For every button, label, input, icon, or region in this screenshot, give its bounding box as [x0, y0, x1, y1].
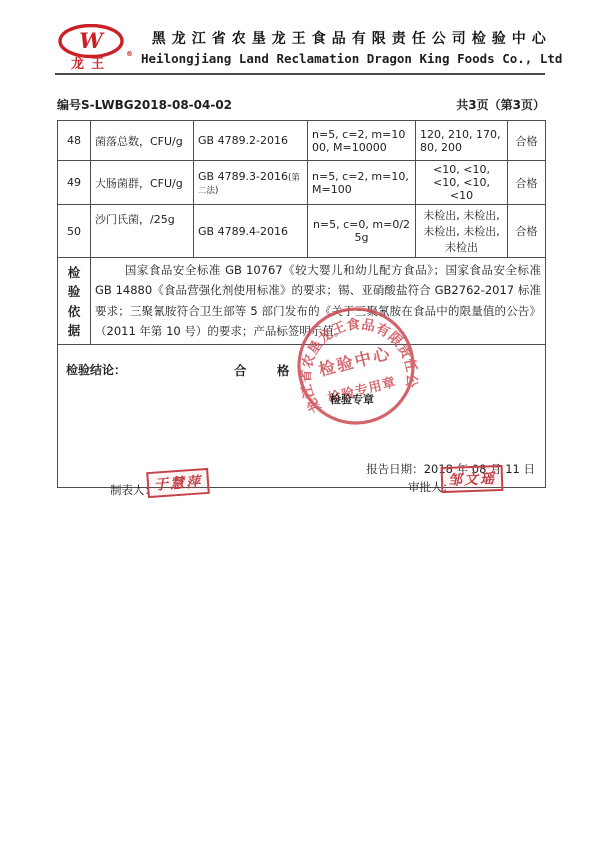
test-result: 未检出, 未检出, 未检出, 未检出, 未检出 — [416, 205, 508, 258]
verdict: 合格 — [508, 161, 546, 205]
svg-text:龙王: 龙王 — [71, 56, 111, 70]
test-method: GB 4789.3-2016(第二法) — [194, 161, 308, 205]
table-row: 48 菌落总数，CFU/g GB 4789.2-2016 n=5, c=2, m… — [58, 121, 546, 161]
conclusion-label: 检验结论： — [66, 361, 126, 378]
standard-requirement: n=5, c=2, m=10, M=100 — [308, 161, 416, 205]
results-table: 48 菌落总数，CFU/g GB 4789.2-2016 n=5, c=2, m… — [57, 120, 546, 488]
dragon-king-logo: W 龙王 ® — [57, 24, 135, 70]
test-item: 大肠菌群，CFU/g — [91, 161, 194, 205]
document-number-line: 编号S-LWBG2018-08-04-02 共3页（第3页） — [57, 96, 545, 113]
basis-text-cell: 国家食品安全标准 GB 10767《较大婴儿和幼儿配方食品》；国家食品安全标准 … — [91, 258, 546, 345]
stamp-caption: 检验专章 — [330, 391, 374, 407]
company-name-en: Heilongjiang Land Reclamation Dragon Kin… — [141, 51, 562, 66]
basis-label-char: 验 — [68, 282, 81, 300]
basis-row: 检 验 依 据 国家食品安全标准 GB 10767《较大婴儿和幼儿配方食品》；国… — [58, 258, 546, 345]
verdict: 合格 — [508, 121, 546, 161]
test-item: 菌落总数，CFU/g — [91, 121, 194, 161]
table-row: 49 大肠菌群，CFU/g GB 4789.3-2016(第二法) n=5, c… — [58, 161, 546, 205]
test-result: 120, 210, 170, 80, 200 — [416, 121, 508, 161]
basis-label: 检 验 依 据 — [62, 263, 86, 339]
verdict: 合格 — [508, 205, 546, 258]
basis-label-char: 检 — [68, 263, 81, 281]
basis-label-cell: 检 验 依 据 — [58, 258, 91, 345]
report-page: W 龙王 ® 黑龙江省农垦龙王食品有限责任公司检验中心 Heilongjiang… — [0, 0, 596, 842]
test-method: GB 4789.2-2016 — [194, 121, 308, 161]
table-row: 50 沙门氏菌，/25g GB 4789.4-2016 n=5, c=0, m=… — [58, 205, 546, 258]
basis-label-char: 据 — [68, 321, 81, 339]
test-method: GB 4789.4-2016 — [194, 205, 308, 258]
dragon-king-logo-icon: W 龙王 — [57, 24, 135, 70]
header-divider — [55, 73, 545, 75]
preparer-name-stamp: 于慧萍 — [146, 468, 210, 498]
header: W 龙王 ® 黑龙江省农垦龙王食品有限责任公司检验中心 Heilongjiang… — [57, 24, 545, 70]
row-no: 49 — [58, 161, 91, 205]
test-result: <10, <10, <10, <10, <10 — [416, 161, 508, 205]
standard-requirement: n=5, c=0, m=0/25g — [308, 205, 416, 258]
row-no: 48 — [58, 121, 91, 161]
approver-name-stamp: 邹文瑶 — [441, 465, 504, 493]
page-count: 共3页（第3页） — [456, 96, 545, 113]
registered-mark: ® — [126, 50, 133, 58]
svg-text:W: W — [79, 28, 105, 53]
basis-label-char: 依 — [68, 302, 81, 320]
conclusion-value: 合 格 — [234, 361, 302, 379]
row-no: 50 — [58, 205, 91, 258]
header-titles: 黑龙江省农垦龙王食品有限责任公司检验中心 Heilongjiang Land R… — [135, 28, 562, 66]
standard-requirement: n=5, c=2, m=1000, M=10000 — [308, 121, 416, 161]
test-item: 沙门氏菌，/25g — [91, 205, 194, 258]
company-name-cn: 黑龙江省农垦龙王食品有限责任公司检验中心 — [141, 28, 562, 48]
document-number: 编号S-LWBG2018-08-04-02 — [57, 96, 232, 113]
inspection-basis-text: 国家食品安全标准 GB 10767《较大婴儿和幼儿配方食品》；国家食品安全标准 … — [95, 260, 541, 342]
